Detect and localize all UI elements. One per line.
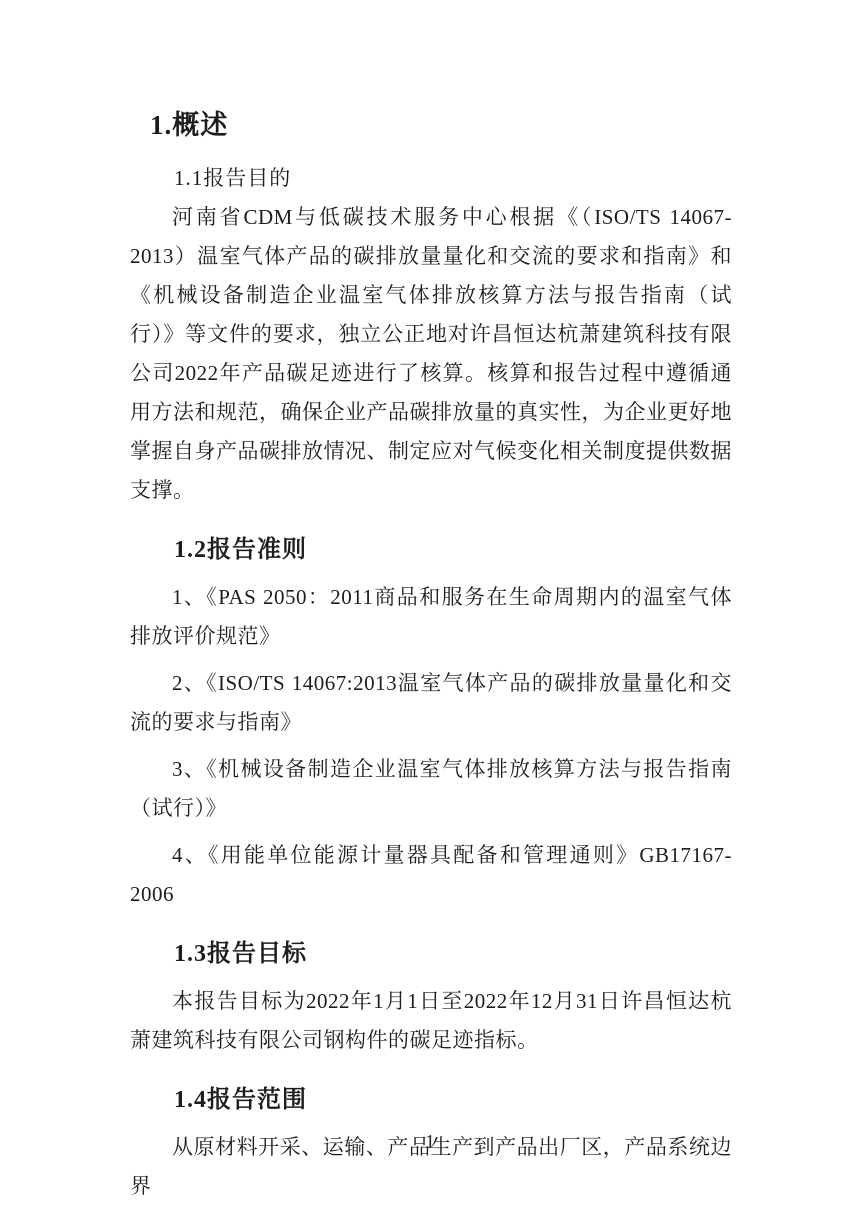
section-heading-overview: 1.概述: [150, 108, 732, 142]
page-content: 1.概述 1.1报告目的 河南省CDM与低碳技术服务中心根据《（ISO/TS 1…: [130, 108, 732, 1206]
subsection-title-report-purpose: 1.1报告目的: [174, 158, 732, 198]
subsection-title-report-scope: 1.4报告范围: [174, 1080, 732, 1120]
subsection-title-report-criteria: 1.2报告准则: [174, 530, 732, 570]
report-target-paragraph: 本报告目标为2022年1月1日至2022年12月31日许昌恒达杭萧建筑科技有限公…: [130, 982, 732, 1060]
report-purpose-paragraph: 河南省CDM与低碳技术服务中心根据《（ISO/TS 14067-2013）温室气…: [130, 198, 732, 510]
criteria-item-3: 3、《机械设备制造企业温室气体排放核算方法与报告指南（试行）》: [130, 750, 732, 828]
criteria-item-1: 1、《PAS 2050：2011商品和服务在生命周期内的温室气体排放评价规范》: [130, 578, 732, 656]
document-page: 1.概述 1.1报告目的 河南省CDM与低碳技术服务中心根据《（ISO/TS 1…: [0, 0, 860, 1216]
criteria-item-2: 2、《ISO/TS 14067:2013温室气体产品的碳排放量量化和交流的要求与…: [130, 664, 732, 742]
page-number: 1: [0, 1131, 860, 1154]
criteria-item-4: 4、《用能单位能源计量器具配备和管理通则》GB17167-2006: [130, 836, 732, 914]
subsection-title-report-target: 1.3报告目标: [174, 934, 732, 974]
report-criteria-list: 1、《PAS 2050：2011商品和服务在生命周期内的温室气体排放评价规范》 …: [130, 578, 732, 914]
